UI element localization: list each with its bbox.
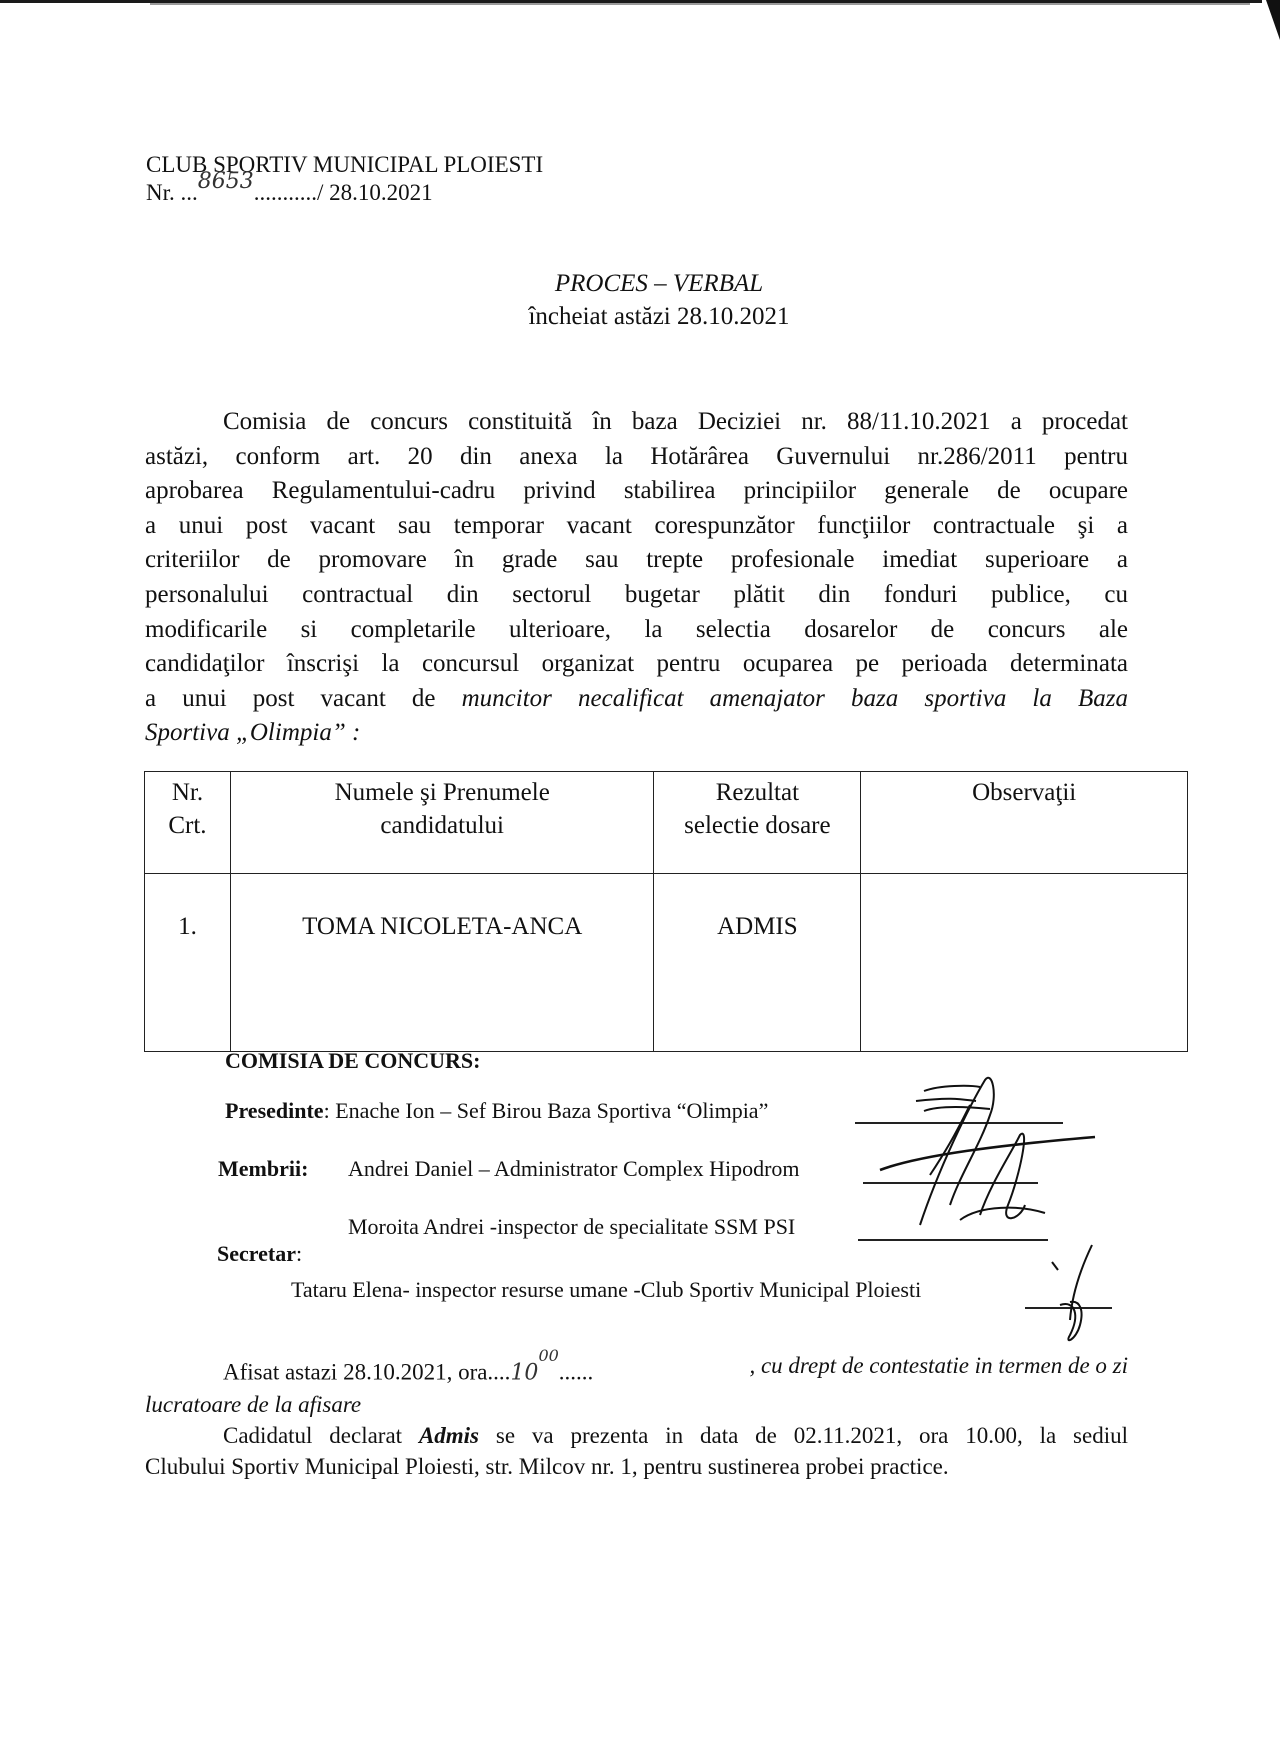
nr-dots: ... — [181, 180, 198, 205]
body-line: astăzi, conform art. 20 din anexa la Hot… — [145, 440, 1128, 475]
results-table: Nr. Crt. Numele şi Prenumele candidatulu… — [144, 771, 1188, 1052]
signature-scribble-icon — [880, 1065, 1120, 1265]
member-2: Moroita Andrei -inspector de specialitat… — [348, 1214, 795, 1240]
table-header-row: Nr. Crt. Numele şi Prenumele candidatulu… — [145, 772, 1188, 874]
president-label: Presedinte — [225, 1098, 324, 1123]
secretary-name: Tataru Elena- inspector resurse umane -C… — [291, 1277, 921, 1303]
posting-notice: Afisat astazi 28.10.2021, ora....1000...… — [145, 1350, 1128, 1482]
nr-prefix: Nr. — [146, 180, 181, 205]
cell-name: TOMA NICOLETA-ANCA — [230, 874, 654, 1052]
nr-handwritten: 8653 — [198, 169, 254, 194]
posted-minutes-handwritten: 00 — [538, 1346, 558, 1365]
nr-date: .........../ 28.10.2021 — [254, 180, 433, 205]
body-line: a unui post vacant sau temporar vacant c… — [145, 509, 1128, 544]
candidate-notice-cont: Clubului Sportiv Municipal Ploiesti, str… — [145, 1451, 1128, 1482]
secretary-signature-icon — [1050, 1240, 1120, 1350]
registration-number: Nr. ...8653.........../ 28.10.2021 — [146, 178, 433, 209]
document-subtitle: încheiat astăzi 28.10.2021 — [0, 303, 1280, 331]
posted-hour-handwritten: 10 — [510, 1361, 538, 1386]
member-1: Andrei Daniel – Administrator Complex Hi… — [348, 1156, 800, 1182]
commission-heading: COMISIA DE CONCURS: — [225, 1048, 480, 1074]
secretary-label: Secretar: — [217, 1241, 302, 1267]
header-observations: Observaţii — [861, 772, 1188, 874]
venue-name: Sportiva „Olimpia” : — [145, 716, 1128, 751]
scan-corner-fold — [1266, 0, 1280, 40]
body-paragraph: Comisia de concurs constituită în baza D… — [145, 405, 1128, 751]
body-line: criteriilor de promovare în grade sau tr… — [145, 543, 1128, 578]
contestation-notice-cont: lucratoare de la afisare — [145, 1389, 1128, 1420]
body-line: a unui post vacant de muncitor necalific… — [145, 682, 1128, 717]
members-label: Membrii: — [218, 1156, 308, 1182]
header-result: Rezultat selectie dosare — [654, 772, 861, 874]
cell-result: ADMIS — [654, 874, 861, 1052]
posted-prefix: Afisat astazi 28.10.2021, ora.... — [223, 1360, 510, 1385]
header-name: Numele şi Prenumele candidatului — [230, 772, 654, 874]
scan-edge-shadow — [150, 3, 1250, 5]
body-line: modificarile si completarile ulterioare,… — [145, 613, 1128, 648]
president-line: Presedinte: Enache Ion – Sef Birou Baza … — [225, 1098, 768, 1124]
president-name: : Enache Ion – Sef Birou Baza Sportiva “… — [324, 1098, 769, 1123]
body-line: Comisia de concurs constituită în baza D… — [145, 405, 1128, 440]
candidate-status: Admis — [419, 1423, 479, 1448]
body-line: aprobarea Regulamentului-cadru privind s… — [145, 474, 1128, 509]
contestation-notice: , cu drept de contestatie in termen de o… — [749, 1350, 1128, 1381]
body-line: personalului contractual din sectorul bu… — [145, 578, 1128, 613]
body-line: candidaţilor înscrişi la concursul organ… — [145, 647, 1128, 682]
candidate-notice: Cadidatul declarat Admis se va prezenta … — [145, 1420, 1128, 1451]
document-title: PROCES – VERBAL — [0, 270, 1280, 298]
job-title: muncitor necalificat amenajator baza spo… — [462, 685, 1128, 712]
header-nr: Nr. Crt. — [145, 772, 231, 874]
cell-observations — [861, 874, 1188, 1052]
table-row: 1. TOMA NICOLETA-ANCA ADMIS — [145, 874, 1188, 1052]
cell-nr: 1. — [145, 874, 231, 1052]
